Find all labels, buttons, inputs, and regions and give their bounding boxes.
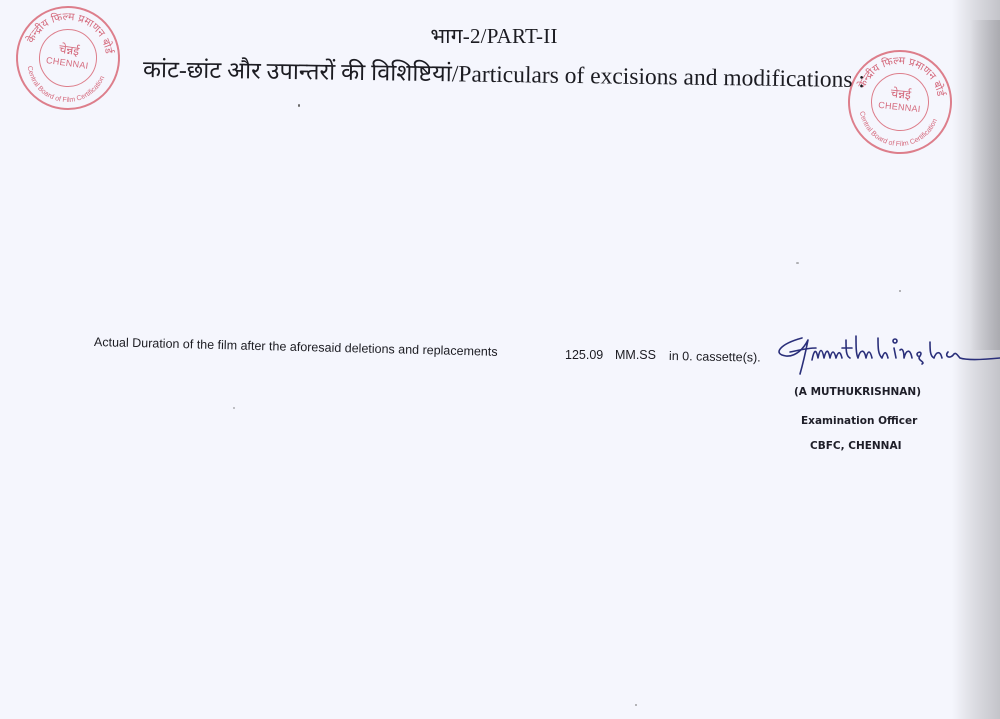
signatory-name: (A MUTHUKRISHNAN) — [794, 386, 921, 398]
scan-speck — [233, 407, 235, 409]
cassette-count: in 0. cassette(s). — [669, 349, 761, 365]
scan-speck — [899, 290, 901, 292]
scan-speck — [635, 704, 637, 706]
signature — [770, 330, 1000, 380]
scan-speck — [796, 262, 799, 264]
duration-unit: MM.SS — [615, 348, 656, 362]
duration-value: 125.09 — [565, 348, 603, 362]
part-title: भाग-2/PART-II — [0, 22, 979, 50]
scan-speck — [298, 104, 300, 107]
scan-edge-shadow-dark — [970, 20, 1000, 350]
signatory-office: CBFC, CHENNAI — [810, 440, 902, 452]
signatory-designation: Examination Officer — [801, 415, 917, 427]
cbfc-stamp-left: केन्द्रीय फिल्म प्रमाणन बोर्ड Central Bo… — [9, 0, 126, 117]
